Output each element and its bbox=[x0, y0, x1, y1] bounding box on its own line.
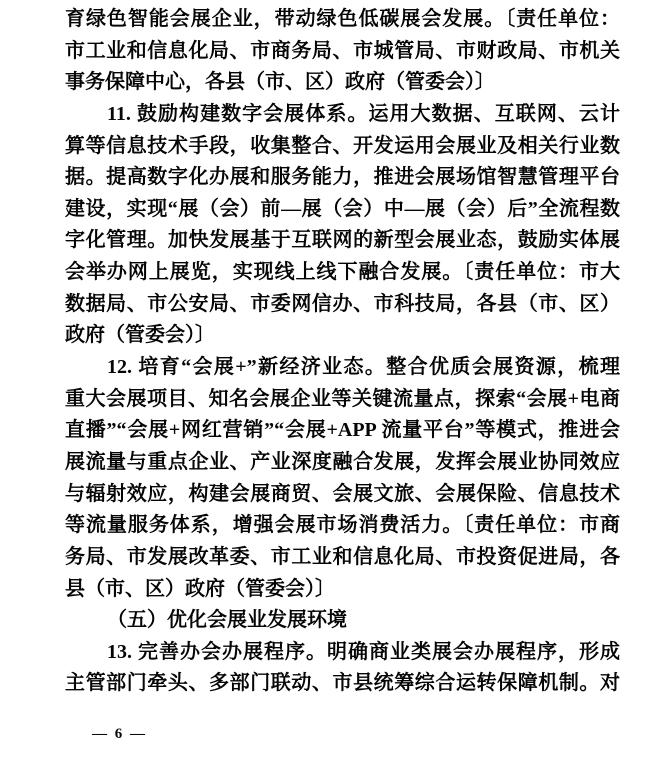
text-line: 字化管理。加快发展基于互联网的新型会展业态，鼓励实体展 bbox=[65, 225, 620, 257]
text-line: 主管部门牵头、多部门联动、市县统筹综合运转保障机制。对 bbox=[65, 668, 620, 700]
text-line: 会举办网上展览，实现线上线下融合发展。〔责任单位：市大 bbox=[65, 257, 620, 289]
text-line: 数据局、市公安局、市委网信办、市科技局，各县（市、区） bbox=[65, 289, 620, 321]
text-line-item-13: 13. 完善办会办展程序。明确商业类展会办展程序，形成 bbox=[65, 637, 620, 669]
text-line: 政府（管委会）〕 bbox=[65, 320, 620, 352]
page-number: — 6 — bbox=[92, 726, 147, 743]
text-line: 直播”“会展+网红营销”“会展+APP 流量平台”等模式，推进会 bbox=[65, 415, 620, 447]
text-line: 市工业和信息化局、市商务局、市城管局、市财政局、市机关 bbox=[65, 36, 620, 68]
text-line: 与辐射效应，构建会展商贸、会展文旅、会展保险、信息技术 bbox=[65, 479, 620, 511]
document-text: 育绿色智能会展企业，带动绿色低碳展会发展。〔责任单位： 市工业和信息化局、市商务… bbox=[65, 4, 620, 700]
text-line: 算等信息技术手段，收集整合、开发运用会展业及相关行业数 bbox=[65, 131, 620, 163]
text-line: 县（市、区）政府（管委会）〕 bbox=[65, 574, 620, 606]
text-line: 务局、市发展改革委、市工业和信息化局、市投资促进局，各 bbox=[65, 542, 620, 574]
text-line: 重大会展项目、知名会展企业等关键流量点，探索“会展+电商 bbox=[65, 384, 620, 416]
text-line: 建设，实现“展（会）前—展（会）中—展（会）后”全流程数 bbox=[65, 194, 620, 226]
text-line: 等流量服务体系，增强会展市场消费活力。〔责任单位：市商 bbox=[65, 510, 620, 542]
text-line: 事务保障中心，各县（市、区）政府（管委会）〕 bbox=[65, 67, 620, 99]
text-line: 据。提高数字化办展和服务能力，推进会展场馆智慧管理平台 bbox=[65, 162, 620, 194]
text-line: 育绿色智能会展企业，带动绿色低碳展会发展。〔责任单位： bbox=[65, 4, 620, 36]
section-heading: （五）优化会展业发展环境 bbox=[65, 605, 620, 637]
text-line-item-12: 12. 培育“会展+”新经济业态。整合优质会展资源，梳理 bbox=[65, 352, 620, 384]
document-page: 育绿色智能会展企业，带动绿色低碳展会发展。〔责任单位： 市工业和信息化局、市商务… bbox=[0, 0, 662, 757]
text-line-item-11: 11. 鼓励构建数字会展体系。运用大数据、互联网、云计 bbox=[65, 99, 620, 131]
text-line: 展流量与重点企业、产业深度融合发展，发挥会展业协同效应 bbox=[65, 447, 620, 479]
